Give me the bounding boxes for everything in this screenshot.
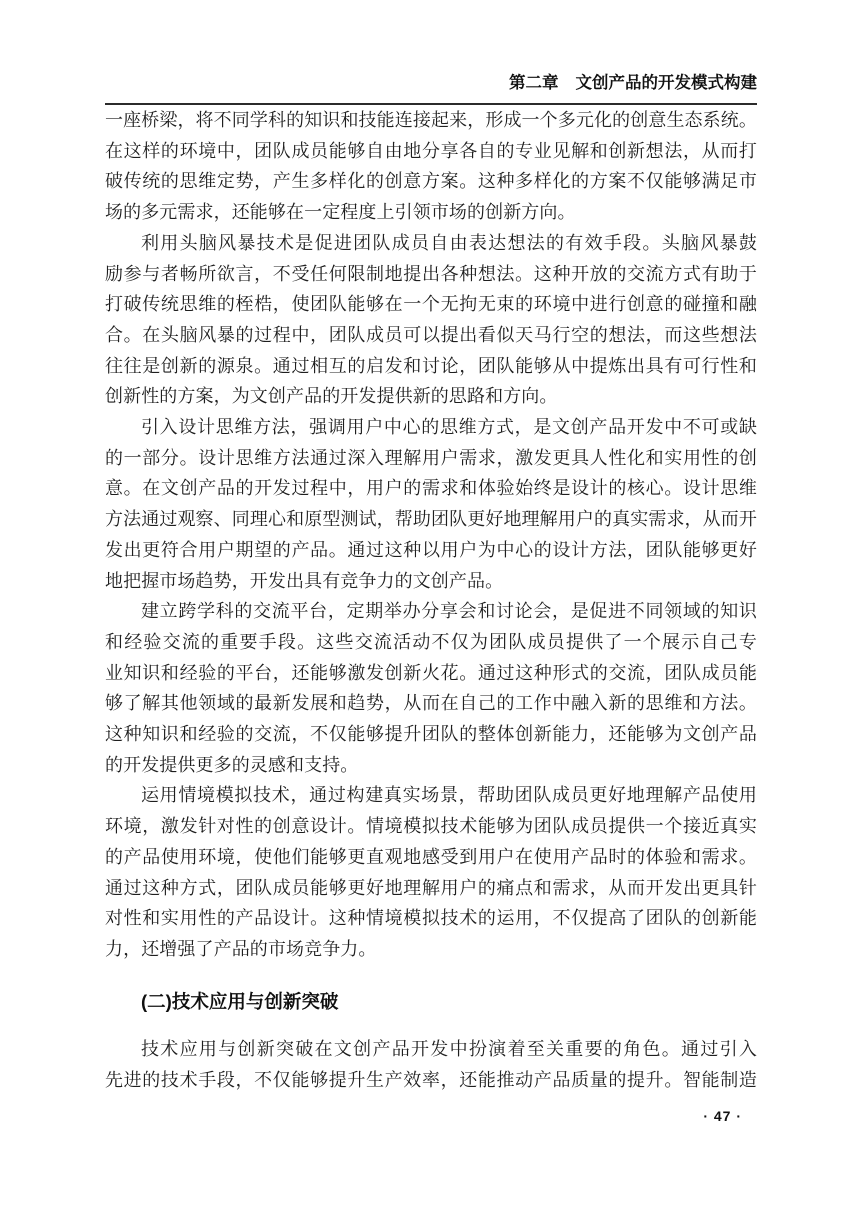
book-page: 第二章文创产品的开发模式构建 一座桥梁，将不同学科的知识和技能连接起来，形成一个… [0,0,860,1208]
text-line: 够了解其他领域的最新发展和趋势，从而在自己的工作中融入新的思维和方法。 [105,688,757,719]
paragraph: 一座桥梁，将不同学科的知识和技能连接起来，形成一个多元化的创意生态系统。 在这样… [105,105,757,228]
paragraph: 技术应用与创新突破在文创产品开发中扮演着至关重要的角色。通过引入 先进的技术手段… [105,1034,757,1095]
text-line: 对性和实用性的产品设计。这种情境模拟技术的运用，不仅提高了团队的创新能 [105,903,757,934]
text-line: 通过这种方式，团队成员能够更好地理解用户的痛点和需求，从而开发出更具针 [105,873,757,904]
text-line: 发出更符合用户期望的产品。通过这种以用户为中心的设计方法，团队能够更好 [105,535,757,566]
text-line: 环境，激发针对性的创意设计。情境模拟技术能够为团队成员提供一个接近真实 [105,811,757,842]
paragraph: 运用情境模拟技术，通过构建真实场景，帮助团队成员更好地理解产品使用 环境，激发针… [105,780,757,964]
text-line: 破传统的思维定势，产生多样化的创意方案。这种多样化的方案不仅能够满足市 [105,166,757,197]
text-line: 励参与者畅所欲言，不受任何限制地提出各种想法。这种开放的交流方式有助于 [105,259,757,290]
text-line: 引入设计思维方法，强调用户中心的思维方式，是文创产品开发中不可或缺 [105,412,757,443]
text-line: 创新性的方案，为文创产品的开发提供新的思路和方向。 [105,381,757,412]
running-header: 第二章文创产品的开发模式构建 [105,72,757,94]
paragraph: 建立跨学科的交流平台，定期举办分享会和讨论会，是促进不同领域的知识 和经验交流的… [105,596,757,780]
text-line: 往往是创新的源泉。通过相互的启发和讨论，团队能够从中提炼出具有可行性和 [105,351,757,382]
paragraph: 引入设计思维方法，强调用户中心的思维方式，是文创产品开发中不可或缺 的一部分。设… [105,412,757,596]
text-line: 的一部分。设计思维方法通过深入理解用户需求，激发更具人性化和实用性的创 [105,443,757,474]
text-line: 意。在文创产品的开发过程中，用户的需求和体验始终是设计的核心。设计思维 [105,473,757,504]
text-line: 打破传统思维的桎梏，使团队能够在一个无拘无束的环境中进行创意的碰撞和融 [105,289,757,320]
page-body: 一座桥梁，将不同学科的知识和技能连接起来，形成一个多元化的创意生态系统。 在这样… [105,105,757,1126]
text-line: 运用情境模拟技术，通过构建真实场景，帮助团队成员更好地理解产品使用 [105,780,757,811]
text-line: 力，还增强了产品的市场竞争力。 [105,934,757,965]
text-line: 方法通过观察、同理心和原型测试，帮助团队更好地理解用户的真实需求，从而开 [105,504,757,535]
text-line: 在这样的环境中，团队成员能够自由地分享各自的专业见解和创新想法，从而打 [105,136,757,167]
running-header-title: 文创产品的开发模式构建 [576,74,758,92]
text-line: 一座桥梁，将不同学科的知识和技能连接起来，形成一个多元化的创意生态系统。 [105,105,757,136]
running-header-chapter: 第二章 [509,74,559,92]
text-line: 先进的技术手段，不仅能够提升生产效率，还能推动产品质量的提升。智能制造 [105,1065,757,1096]
text-line: 的产品使用环境，使他们能够更直观地感受到用户在使用产品时的体验和需求。 [105,842,757,873]
text-line: 的开发提供更多的灵感和支持。 [105,750,757,781]
text-line: 技术应用与创新突破在文创产品开发中扮演着至关重要的角色。通过引入 [105,1034,757,1065]
text-line: 合。在头脑风暴的过程中，团队成员可以提出看似天马行空的想法，而这些想法 [105,320,757,351]
text-line: 业知识和经验的平台，还能够激发创新火花。通过这种形式的交流，团队成员能 [105,658,757,689]
text-line: 建立跨学科的交流平台，定期举办分享会和讨论会，是促进不同领域的知识 [105,596,757,627]
paragraph: 利用头脑风暴技术是促进团队成员自由表达想法的有效手段。头脑风暴鼓 励参与者畅所欲… [105,228,757,412]
text-line: 这种知识和经验的交流，不仅能够提升团队的整体创新能力，还能够为文创产品 [105,719,757,750]
page-number: · 47 · [105,1106,757,1126]
text-line: 场的多元需求，还能够在一定程度上引领市场的创新方向。 [105,197,757,228]
section-heading: (二)技术应用与创新突破 [105,987,757,1018]
text-line: 利用头脑风暴技术是促进团队成员自由表达想法的有效手段。头脑风暴鼓 [105,228,757,259]
text-line: 和经验交流的重要手段。这些交流活动不仅为团队成员提供了一个展示自己专 [105,627,757,658]
text-line: 地把握市场趋势，开发出具有竞争力的文创产品。 [105,566,757,597]
